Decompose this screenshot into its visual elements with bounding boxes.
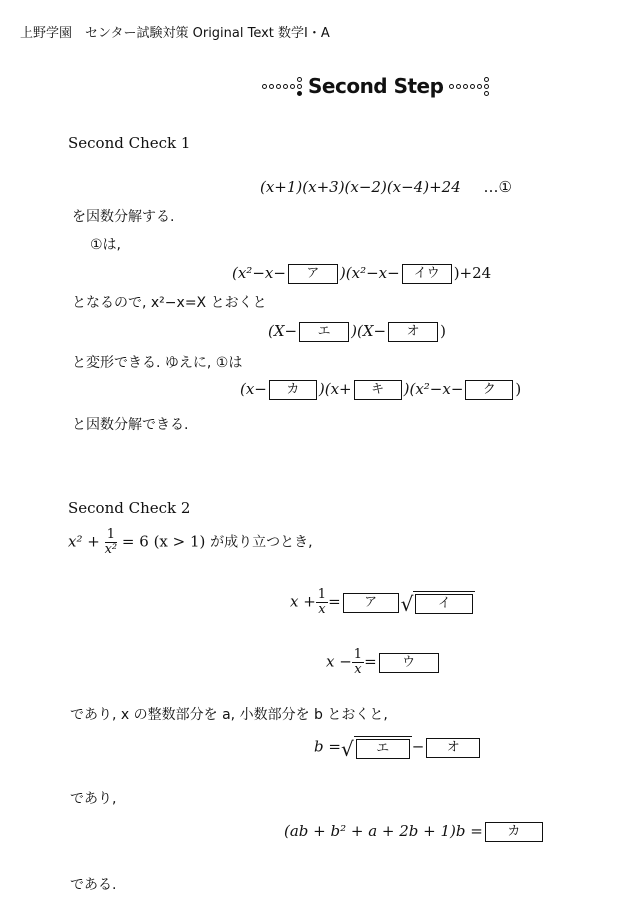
step1-expression: (x²−x−ア)(x²−x−イウ)+24	[232, 264, 491, 284]
answer-box-e[interactable]: エ	[356, 739, 410, 759]
answer-box-o[interactable]: オ	[426, 738, 480, 758]
dot-ornament-right-icon	[449, 77, 489, 96]
sqrt-icon: √	[401, 594, 414, 614]
answer-box-a[interactable]: ア	[288, 264, 338, 284]
check2-title: Second Check 2	[68, 499, 190, 517]
equals: =	[328, 593, 341, 611]
answer-box-ka[interactable]: カ	[485, 822, 543, 842]
sqrt: √イ	[401, 591, 476, 614]
expr-part: x −	[326, 653, 352, 671]
equals: =	[364, 653, 377, 671]
answer-box-ka[interactable]: カ	[269, 380, 317, 400]
expr-part: (X−	[268, 322, 297, 340]
instruction-text: を因数分解する.	[72, 206, 174, 226]
expr-part: )(x²−x−	[340, 264, 400, 282]
eq1-expression: x +1x=ア√イ	[290, 588, 475, 617]
answer-box-i[interactable]: イ	[415, 594, 473, 614]
answer-box-ki[interactable]: キ	[354, 380, 402, 400]
expr-part: )	[515, 380, 521, 398]
banner-title: Second Step	[308, 74, 443, 98]
dot-ornament-left-icon	[262, 77, 302, 96]
expr-part: )	[440, 322, 446, 340]
expr-part: (x²−x−	[232, 264, 286, 282]
fraction: 1x²	[105, 528, 118, 557]
eq2-expression: x −1x=ウ	[326, 648, 441, 677]
ending-text: である.	[70, 874, 116, 894]
expr-part: )+24	[454, 264, 492, 282]
sqrt: √エ	[341, 736, 412, 759]
expr-part: x +	[290, 593, 316, 611]
answer-box-iu[interactable]: イウ	[402, 264, 452, 284]
answer-box-e[interactable]: エ	[299, 322, 349, 342]
ref-text: ①は,	[90, 234, 121, 254]
expression-text: (x+1)(x+3)(x−2)(x−4)+24	[260, 178, 461, 196]
fraction: 1x	[316, 588, 328, 617]
expr-part: (ab + b² + a + 2b + 1)b =	[284, 822, 483, 840]
transform-text: と変形できる. ゆえに, ①は	[72, 352, 242, 372]
answer-box-a[interactable]: ア	[343, 593, 399, 613]
answer-box-ku[interactable]: ク	[465, 380, 513, 400]
condition-expression: x² + 1x² = 6 (x > 1) が成り立つとき,	[68, 528, 313, 557]
section-banner: Second Step	[262, 74, 489, 98]
check1-expression: (x+1)(x+3)(x−2)(x−4)+24 …①	[260, 178, 512, 196]
continuation-text: であり,	[70, 788, 116, 808]
answer-box-o[interactable]: オ	[388, 322, 438, 342]
answer-box-u[interactable]: ウ	[379, 653, 439, 673]
step3-expression: (x−カ)(x+キ)(x²−x−ク)	[240, 380, 521, 400]
condition-text: が成り立つとき,	[210, 535, 312, 551]
expr-part: )(x+	[319, 380, 352, 398]
expr-part: )(X−	[351, 322, 386, 340]
conclusion-text: と因数分解できる.	[72, 414, 188, 434]
sqrt-icon: √	[341, 739, 354, 759]
eq3-expression: b =√エ−オ	[314, 736, 482, 759]
substitution-text: となるので, x²−x=X とおくと	[72, 292, 267, 312]
check1-title: Second Check 1	[68, 134, 190, 152]
page-header: 上野学園 センター試験対策 Original Text 数学Ⅰ・A	[20, 22, 330, 41]
expr-part: x² +	[68, 533, 100, 551]
expr-part: = 6 (x > 1)	[122, 533, 205, 551]
expr-part: (x−	[240, 380, 267, 398]
expr-part: )(x²−x−	[404, 380, 464, 398]
eq4-expression: (ab + b² + a + 2b + 1)b =カ	[284, 822, 545, 842]
equation-ref: …①	[484, 178, 512, 196]
definition-text: であり, x の整数部分を a, 小数部分を b とおくと,	[70, 704, 388, 724]
fraction: 1x	[352, 648, 364, 677]
minus: −	[412, 738, 425, 756]
expr-part: b =	[314, 738, 341, 756]
step2-expression: (X−エ)(X−オ)	[268, 322, 446, 342]
